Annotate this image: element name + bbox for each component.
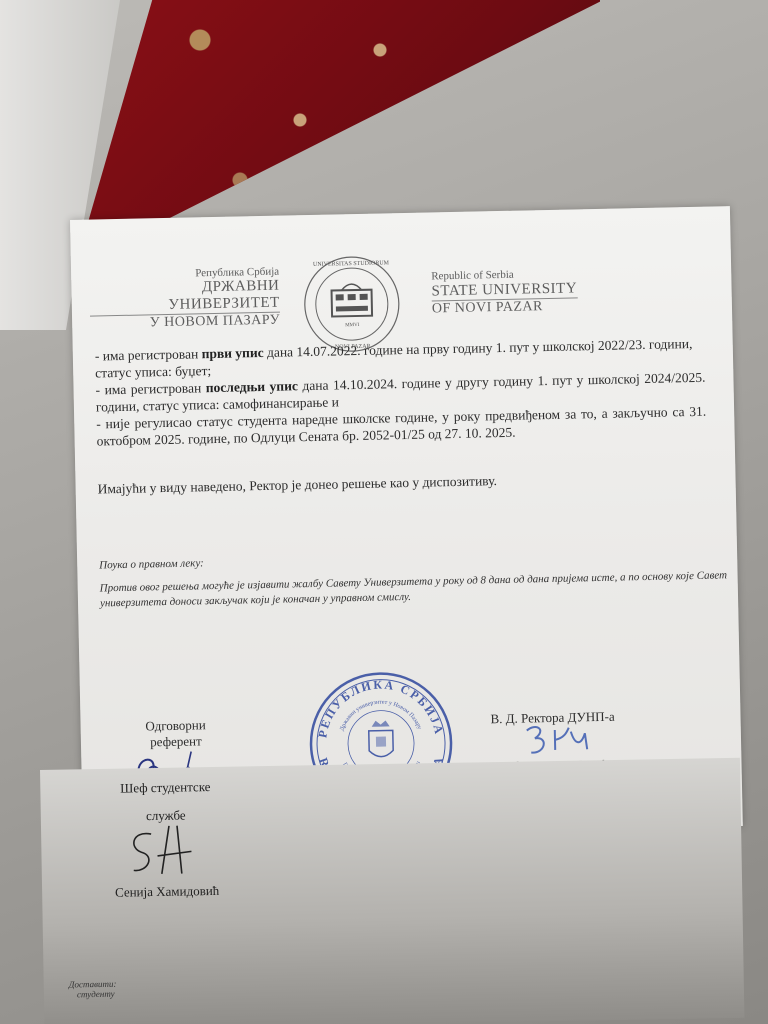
delivery-note: Доставити: студенту <box>69 979 117 1000</box>
rector-signature-icon <box>521 719 602 761</box>
letterhead-cyrillic: Република Србија ДРЖАВНИ УНИВЕРЗИТЕТ У Н… <box>89 266 280 333</box>
head-signature-icon <box>121 825 212 877</box>
student-service-head-block: Шеф студентске службе Сенија Хамидовић <box>80 776 252 903</box>
university-name-en: STATE UNIVERSITY <box>431 280 577 301</box>
conclusion-text: Имајући у виду наведено, Ректор је донео… <box>97 473 497 497</box>
document-page-lower: Шеф студентске службе Сенија Хамидовић Д… <box>40 758 744 1024</box>
legal-remedy-title: Поука о правном леку: <box>99 557 204 571</box>
university-name-sr: ДРЖАВНИ УНИВЕРЗИТЕТ <box>89 278 280 317</box>
reasoning-text: - има регистрован први упис дана 14.07.2… <box>95 335 707 450</box>
svg-text:РЕПУБЛИКА СРБИЈА: РЕПУБЛИКА СРБИЈА <box>314 676 446 739</box>
svg-text:UNIVERSITAS STUDIORUM: UNIVERSITAS STUDIORUM <box>313 260 390 268</box>
document-page: Република Србија ДРЖАВНИ УНИВЕРЗИТЕТ У Н… <box>70 206 743 840</box>
head-role-line2: службе <box>81 804 251 827</box>
head-name: Сенија Хамидовић <box>82 880 252 903</box>
university-city-en: OF NOVI PAZAR <box>432 298 578 317</box>
delivery-note-recipient: студенту <box>69 989 117 1000</box>
svg-text:MMVI: MMVI <box>345 323 360 328</box>
head-role-line1: Шеф студентске <box>80 776 250 799</box>
letterhead-latin: Republic of Serbia STATE UNIVERSITY OF N… <box>431 267 577 317</box>
university-seal-icon: MMVI UNIVERSITAS STUDIORUM NOVI PAZAR <box>301 253 403 355</box>
legal-remedy-text: Против овог решења могуће је изјавити жа… <box>100 568 730 611</box>
